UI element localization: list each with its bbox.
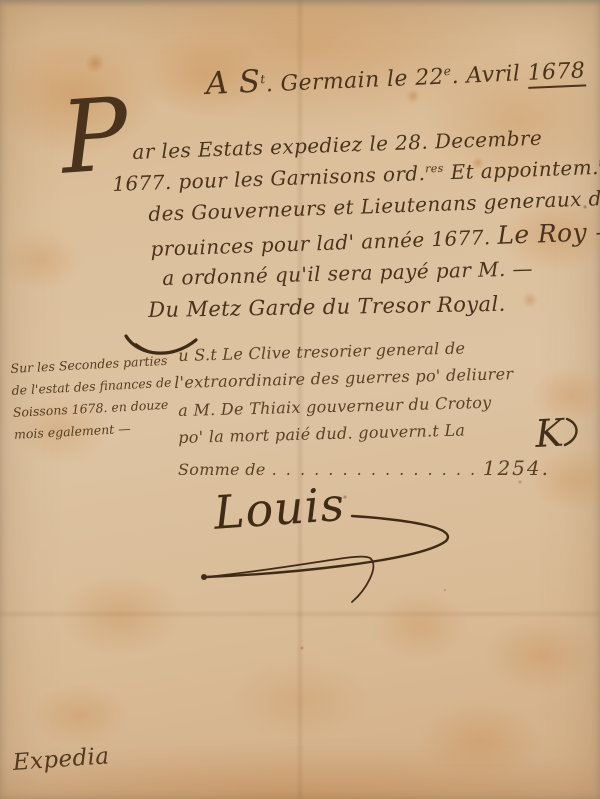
decorative-initial-letter: P bbox=[58, 91, 131, 181]
le-roy-emphasis: Le Roy — bbox=[497, 217, 600, 250]
manuscript-line-9: a M. De Thiaix gouverneur du Crotoy bbox=[178, 393, 492, 420]
signature-flourish bbox=[190, 500, 470, 610]
paraph-curl-icon bbox=[562, 416, 584, 450]
line2-superscript-res: res bbox=[425, 162, 444, 176]
manuscript-line-10: po' la mort paié dud. gouvern.t La bbox=[178, 420, 465, 447]
sum-label: Somme de bbox=[178, 460, 266, 479]
manuscript-line-6: Du Metz Garde du Tresor Royal. bbox=[148, 292, 506, 322]
dateline-year-underlined: 1678 bbox=[527, 58, 586, 88]
line4-text: prouinces pour lad' année 1677. bbox=[150, 225, 498, 261]
dotted-leader: . . . . . . . . . . . . . . . . . . bbox=[272, 460, 477, 479]
line2-text-a: 1677. pour les Garnisons ord. bbox=[112, 161, 426, 196]
manuscript-line-7: u S.t Le Clive tresorier general de bbox=[178, 338, 465, 365]
expedition-annotation: Expedia bbox=[12, 743, 110, 776]
paper-top-edge bbox=[0, 0, 600, 7]
sum-amount: 1254. bbox=[483, 456, 550, 480]
paraph-mark: K bbox=[534, 410, 565, 455]
marginal-note: Sur les Secondes parties de l'estat des … bbox=[10, 350, 174, 446]
manuscript-document: A St. Germain le 22e. Avril 1678 P ar le… bbox=[0, 0, 600, 799]
line2-text-b: Et appointem. bbox=[443, 155, 599, 184]
sum-line: Somme de . . . . . . . . . . . . . . . .… bbox=[178, 456, 550, 480]
dateline: A St. Germain le 22e. Avril 1678 bbox=[205, 49, 586, 102]
manuscript-line-8: l'extraordinaire des guerres po' deliure… bbox=[174, 364, 514, 392]
dateline-place: . Germain le 22 bbox=[265, 65, 444, 98]
fold-crease-horizontal bbox=[0, 612, 600, 616]
manuscript-line-5: a ordonné qu'il sera payé par M. — bbox=[162, 256, 533, 290]
dateline-place-initials: A S bbox=[205, 64, 261, 102]
dateline-month: . Avril bbox=[451, 61, 528, 89]
